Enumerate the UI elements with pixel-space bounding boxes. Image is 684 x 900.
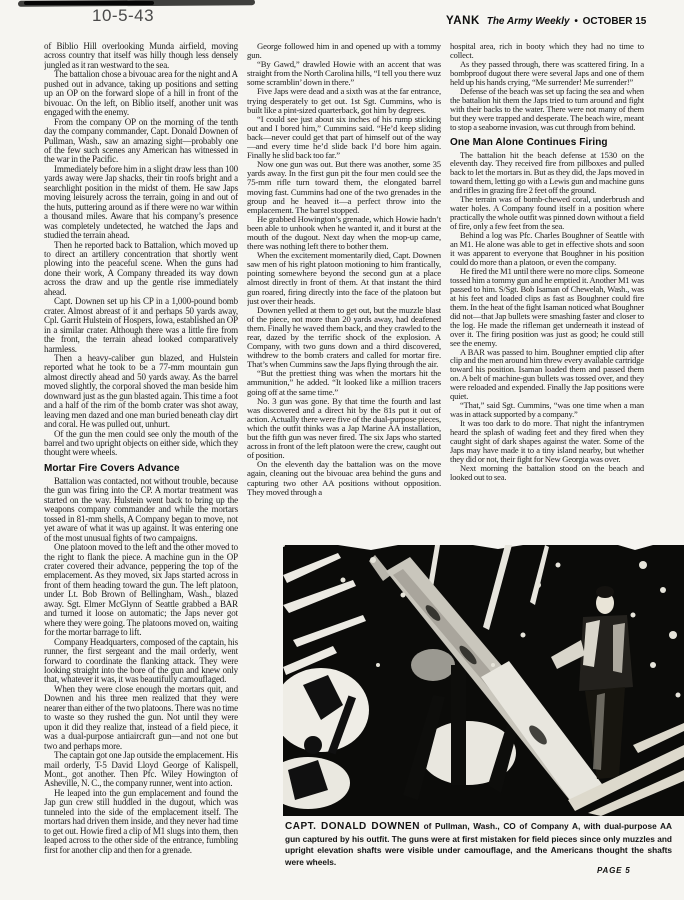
paragraph: “By Gawd,” drawled Howie with an accent … [247,60,441,87]
paragraph: Next morning the battalion stood on the … [450,464,644,482]
photo-captured-aa-gun [283,545,684,816]
paragraph: Of the gun the men could see only the mo… [44,430,238,458]
paragraph: Capt. Downen set up his CP in a 1,000-po… [44,297,238,354]
text-column-3: hospital area, rich in booty which they … [450,42,644,544]
paragraph: Now one gun was out. But there was anoth… [247,160,441,215]
paragraph: Behind a log was Pfc. Charles Boughner o… [450,231,644,267]
paragraph: The battalion chose a bivouac area for t… [44,70,238,117]
paragraph: No. 3 gun was gone. By that time the fou… [247,397,441,461]
scan-smudge-artifact [24,1,154,5]
photo-illustration [283,545,684,816]
photo-caption: CAPT. DONALD DOWNEN of Pullman, Wash., C… [285,820,672,868]
paragraph: “I could see just about six inches of hi… [247,115,441,160]
paragraph: Then a heavy-caliber gun blazed, and Hul… [44,354,238,430]
issue-date: OCTOBER 15 [583,16,647,27]
paragraph: of Biblio Hill overlooking Munda airfiel… [44,42,238,70]
paragraph: The battalion hit the beach defense at 1… [450,151,644,196]
paragraph: Defense of the beach was set up facing t… [450,87,644,132]
masthead-bullet-separator: • [574,16,578,27]
paragraph: The terrain was of bomb-chewed coral, un… [450,195,644,231]
paragraph: Immediately before him in a slight draw … [44,165,238,241]
text-column-2: George followed him in and opened up wit… [247,42,441,544]
paragraph: George followed him in and opened up wit… [247,42,441,60]
date-stamp: 10-5-43 [92,6,154,26]
paragraph: From the company OP on the morning of th… [44,118,238,165]
paragraph: Downen yelled at them to get out, but th… [247,306,441,370]
paragraph: A BAR was passed to him. Boughner emptie… [450,348,644,402]
paragraph: When they were close enough the mortars … [44,685,238,751]
text-column-1: of Biblio Hill overlooking Munda airfiel… [44,42,238,860]
magazine-brand: YANK [446,15,480,27]
section-heading: One Man Alone Continues Firing [450,137,644,148]
paragraph: It was too dark to do more. That night t… [450,419,644,464]
paragraph: Battalion was contacted, not without tro… [44,477,238,543]
paragraph: He grabbed Howington’s grenade, which Ho… [247,215,441,251]
paragraph: On the eleventh day the battalion was on… [247,460,441,496]
paragraph: The captain got one Jap outside the empl… [44,751,238,789]
masthead: YANK The Army Weekly • OCTOBER 15 [446,15,660,27]
magazine-subtitle: The Army Weekly [487,16,570,27]
paragraph: hospital area, rich in booty which they … [450,42,644,60]
paragraph: Five Japs were dead and a sixth was at t… [247,87,441,114]
paragraph: As they passed through, there was scatte… [450,60,644,87]
paragraph: He leaped into the gun emplacement and f… [44,789,238,855]
caption-lead: CAPT. DONALD DOWNEN [285,821,420,832]
paragraph: “That,” said Sgt. Cummins, “was one time… [450,401,644,419]
section-heading: Mortar Fire Covers Advance [44,463,238,474]
paragraph: “But the prettiest thing was when the mo… [247,369,441,396]
magazine-page: 10-5-43 YANK The Army Weekly • OCTOBER 1… [0,0,684,900]
paragraph: Then he reported back to Battalion, whic… [44,241,238,298]
paragraph: He fired the M1 until there were no more… [450,267,644,348]
paragraph: When the excitement momentarily died, Ca… [247,251,441,306]
paragraph: Company Headquarters, composed of the ca… [44,638,238,685]
paragraph: One platoon moved to the left and the ot… [44,543,238,638]
